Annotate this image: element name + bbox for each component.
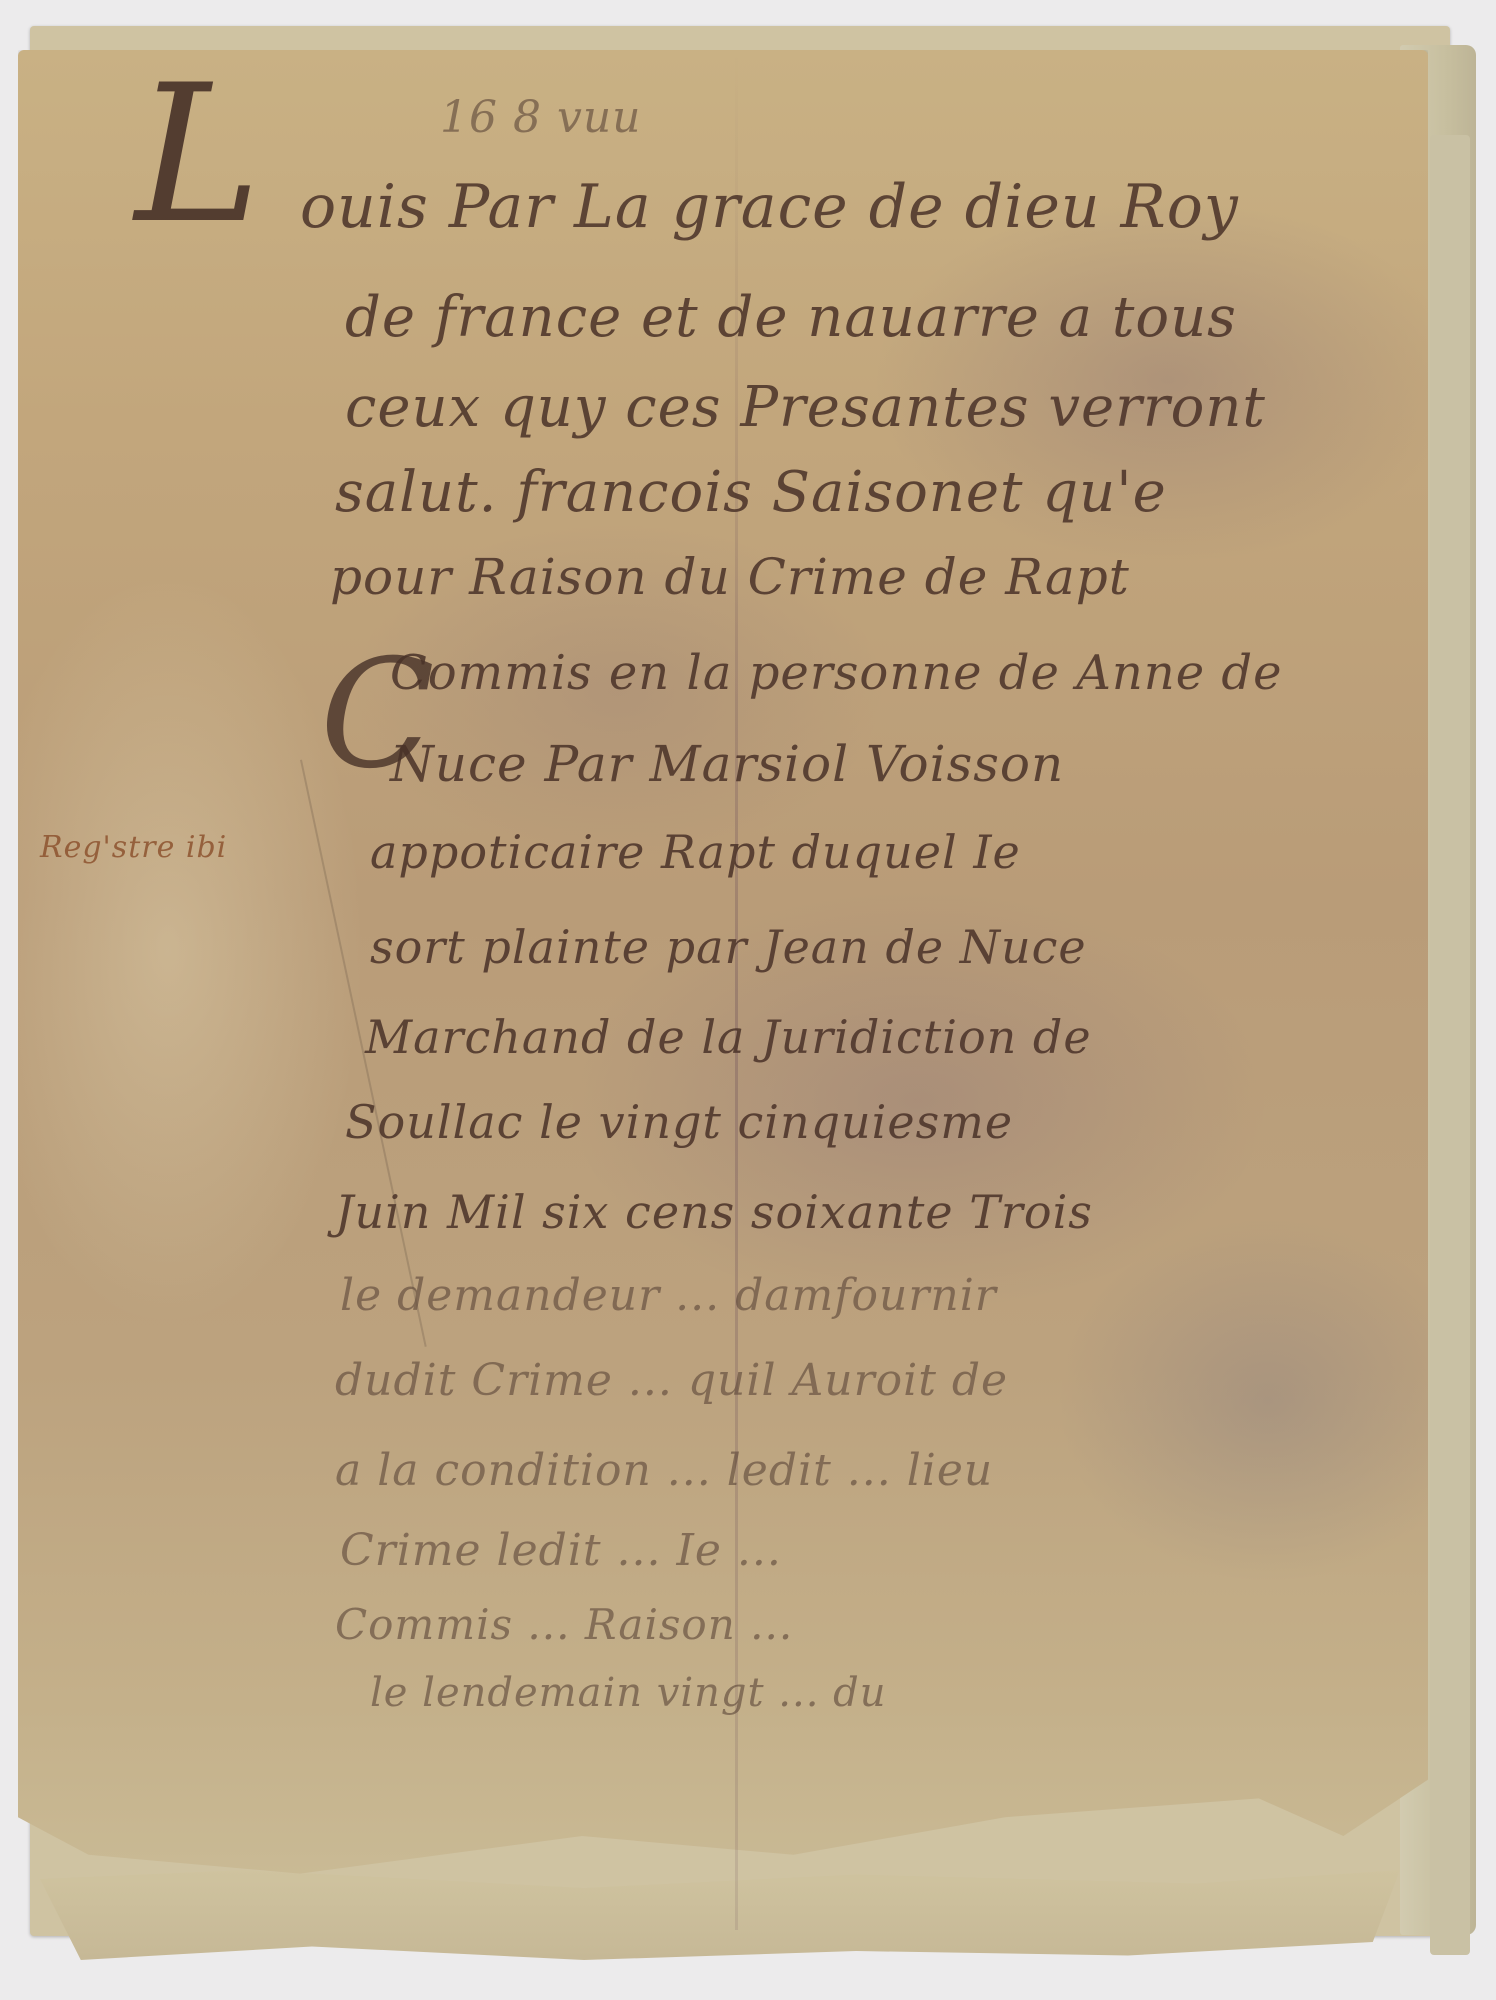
manuscript-line-8: appoticaire Rapt duquel Ie [370,825,1021,879]
manuscript-line-15: a la condition ... ledit ... lieu [335,1445,993,1496]
manuscript-line-4: salut. francois Saisonet qu'e [335,460,1167,525]
manuscript-line-17: Commis ... Raison ... [335,1600,793,1649]
manuscript-line-9: sort plainte par Jean de Nuce [370,920,1087,974]
manuscript-line-7: Nuce Par Marsiol Voisson [390,735,1064,793]
manuscript-line-12: Juin Mil six cens soixante Trois [335,1185,1093,1239]
manuscript-line-6: Commis en la personne de Anne de [390,645,1282,701]
manuscript-line-16: Crime ledit ... Ie ... [340,1525,782,1576]
manuscript-line-14: dudit Crime ... quil Auroit de [335,1355,1008,1406]
manuscript-line-1: ouis Par La grace de dieu Roy [300,172,1239,242]
manuscript-line-3: ceux quy ces Presantes verront [345,375,1266,440]
header-note: 16 8 vuu [440,92,642,143]
manuscript-line-5: pour Raison du Crime de Rapt [330,548,1130,606]
manuscript-line-10: Marchand de la Juridiction de [365,1010,1092,1064]
manuscript-line-18: le lendemain vingt ... du [370,1670,887,1716]
parchment-torn-bottom [40,1870,1400,1960]
decorative-initial-letter: L [135,60,261,250]
underlying-sheet-edge-inner [1430,135,1470,1955]
margin-note: Reg'stre ibi [40,830,227,865]
manuscript-line-11: Soullac le vingt cinquiesme [345,1095,1013,1149]
manuscript-line-2: de france et de nauarre a tous [345,285,1237,350]
manuscript-line-13: le demandeur ... damfournir [340,1270,997,1321]
